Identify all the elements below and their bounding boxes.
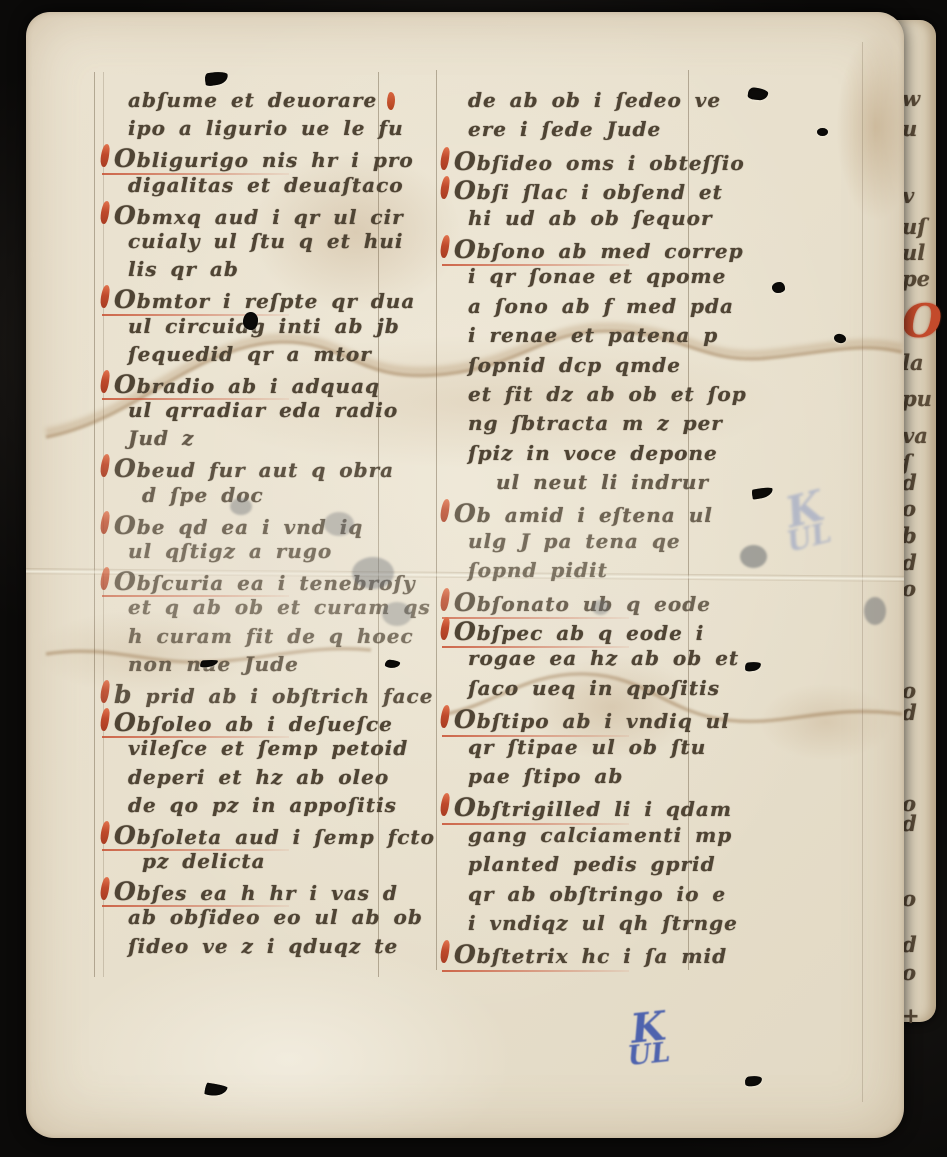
manuscript-text: ſpiz in voce depone	[454, 443, 766, 463]
edge-text-fragment: o	[902, 962, 916, 983]
text-line: qr ab obſtringo io e	[454, 884, 766, 913]
edge-text-fragment: va	[902, 425, 928, 446]
text-line: ipo a ligurio ue le fu	[114, 118, 426, 146]
manuscript-text: cuialy ul ſtu q et hui	[114, 231, 426, 251]
manuscript-text: pz delicta	[114, 851, 426, 871]
text-line: i vndiqz ul qh ſtrnge	[454, 913, 766, 942]
edge-text-fragment: d	[902, 702, 917, 723]
rubric-initial-stroke	[440, 940, 450, 964]
text-line: i qr ſonae et qpome	[454, 266, 766, 295]
text-column-left: abſume et deuorareipo a ligurio ue le fu…	[114, 90, 426, 964]
text-line: de qo pz in appoſitis	[114, 795, 426, 823]
manuscript-page: abſume et deuorareipo a ligurio ue le fu…	[26, 12, 904, 1138]
manuscript-text: Obſono ab med correp	[454, 237, 766, 262]
manuscript-text: b prid ab i obſtrich face	[114, 682, 426, 707]
text-line: vileſce et ſemp petoid	[114, 738, 426, 766]
rubric-initial-stroke	[440, 793, 450, 817]
manuscript-text: ab obſideo eo ul ab ob	[114, 907, 426, 927]
manuscript-text: Obſpec ab q eode i	[454, 619, 766, 644]
smudge	[740, 545, 767, 568]
edge-text-fragment: o	[902, 888, 916, 909]
manuscript-text: ulg J pa tena qe	[454, 531, 766, 551]
manuscript-text: h curam fit de q hoec	[114, 626, 426, 646]
manuscript-text: de qo pz in appoſitis	[114, 795, 426, 815]
text-line: Obmxq aud i qr ul cir	[114, 203, 426, 231]
manuscript-text: digalitas et deuaſtaco	[114, 175, 426, 195]
text-line: a ſono ab f med pda	[454, 296, 766, 325]
edge-text-fragment: o	[902, 680, 916, 701]
ruling-line	[94, 72, 95, 977]
ruling-line	[436, 70, 437, 970]
text-line: pae ſtipo ab	[454, 766, 766, 795]
manuscript-text: Obſideo oms i obteſſio	[454, 149, 766, 174]
edge-text-fragment: ul	[902, 242, 925, 263]
rubric-initial-stroke	[440, 617, 450, 641]
text-line: Obſonato ub q eode	[454, 590, 766, 619]
edge-text-fragment: d	[902, 472, 917, 493]
manuscript-text: i renae et patena p	[454, 325, 766, 345]
edge-text-fragment: O	[902, 298, 942, 344]
text-line: b prid ab i obſtrich face	[114, 682, 426, 710]
text-line: hi ud ab ob ſequor	[454, 208, 766, 237]
text-line: ſequedid qr a mtor	[114, 344, 426, 372]
text-line: gang calciamenti mp	[454, 825, 766, 854]
stamp-letters-ul: UL	[785, 521, 834, 554]
manuscript-text: Obe qd ea i vnd iq	[114, 513, 426, 538]
manuscript-text: ſequedid qr a mtor	[114, 344, 426, 364]
manuscript-text: qr ab obſtringo io e	[454, 884, 766, 904]
text-line: Obſono ab med correp	[454, 237, 766, 266]
text-line: ul qrradiar eda radio	[114, 400, 426, 428]
text-line: ſaco ueq in qpoſitis	[454, 678, 766, 707]
text-line: Obmtor i reſpte qr dua	[114, 287, 426, 315]
manuscript-text: abſume et deuorare	[114, 90, 426, 110]
smudge	[230, 498, 252, 515]
text-line: rogae ea hz ab ob et	[454, 648, 766, 677]
text-line: ab obſideo eo ul ab ob	[114, 907, 426, 935]
manuscript-text: de ab ob i ſedeo ve	[454, 90, 766, 110]
text-line: Obſoleta aud i ſemp fcto	[114, 823, 426, 851]
text-line: ulg J pa tena qe	[454, 531, 766, 560]
manuscript-text: Obeud fur aut q obra	[114, 456, 426, 481]
text-line: cuialy ul ſtu q et hui	[114, 231, 426, 259]
library-stamp-faint: K UL	[783, 489, 834, 553]
text-line: d ſpe doc	[114, 485, 426, 513]
smudge	[352, 557, 394, 589]
wormhole	[243, 312, 258, 330]
manuscript-text: ul qrradiar eda radio	[114, 400, 426, 420]
manuscript-text: ere i ſede Jude	[454, 119, 766, 139]
manuscript-text: Obſtrigilled li i qdam	[454, 795, 766, 820]
manuscript-text: rogae ea hz ab ob et	[454, 648, 766, 668]
manuscript-text: d ſpe doc	[114, 485, 426, 505]
edge-text-fragment: w	[902, 88, 920, 109]
smudge	[324, 512, 354, 536]
edge-text-fragment: b	[902, 525, 917, 546]
smudge	[382, 602, 412, 626]
text-line: i renae et patena p	[454, 325, 766, 354]
text-line: Obe qd ea i vnd iq	[114, 513, 426, 541]
rubric-end-mark	[387, 92, 395, 110]
manuscript-text: ſopnd pidit	[454, 560, 766, 580]
rubric-initial-stroke	[440, 235, 450, 259]
manuscript-text: i vndiqz ul qh ſtrnge	[454, 913, 766, 933]
text-line: Obligurigo nis hr i pro	[114, 146, 426, 174]
manuscript-text: gang calciamenti mp	[454, 825, 766, 845]
text-line: ſopnd pidit	[454, 560, 766, 589]
stamp-letters-ul: UL	[627, 1042, 672, 1068]
edge-text-fragment: u	[902, 118, 917, 139]
manuscript-text: vileſce et ſemp petoid	[114, 738, 426, 758]
rubric-initial-stroke	[440, 176, 450, 200]
text-line: et q ab ob et curam qs	[114, 597, 426, 625]
wormhole	[817, 128, 828, 136]
manuscript-text: ſopnid dcp qmde	[454, 355, 766, 375]
wormhole	[744, 1075, 762, 1087]
manuscript-text: Obſonato ub q eode	[454, 590, 766, 615]
text-line: Obſes ea h hr i vas d	[114, 879, 426, 907]
rubric-initial-stroke	[100, 285, 110, 309]
text-line: ſpiz in voce depone	[454, 443, 766, 472]
text-line: qr ſtipae ul ob ſtu	[454, 737, 766, 766]
text-line: Obſoleo ab i deſueſce	[114, 710, 426, 738]
smudge	[864, 597, 886, 625]
manuscript-text: ul neut li indrur	[454, 472, 766, 492]
rubric-initial-stroke	[440, 587, 450, 611]
text-line: ng ſbtracta m z per	[454, 413, 766, 442]
manuscript-text: deperi et hz ab oleo	[114, 767, 426, 787]
manuscript-text: Obradio ab i adquaq	[114, 372, 426, 397]
text-line: Obſpec ab q eode i	[454, 619, 766, 648]
rubric-initial-stroke	[100, 454, 110, 478]
text-line: Obſtrigilled li i qdam	[454, 795, 766, 824]
manuscript-text: Ob amid i eſtena ul	[454, 501, 766, 526]
text-line: h curam fit de q hoec	[114, 626, 426, 654]
edge-text-fragment: pu	[902, 388, 932, 409]
edge-text-fragment: o	[902, 498, 916, 519]
manuscript-text: ſaco ueq in qpoſitis	[454, 678, 766, 698]
wormhole	[772, 282, 785, 293]
manuscript-text: non nue Jude	[114, 654, 426, 674]
text-line: Jud z	[114, 428, 426, 456]
manuscript-text: Obſes ea h hr i vas d	[114, 879, 426, 904]
smudge	[592, 600, 609, 615]
manuscript-text: Obſtetrix hc i ſa mid	[454, 942, 766, 967]
manuscript-text: planted pedis gprid	[454, 854, 766, 874]
text-line: Obſtipo ab i vndiq ul	[454, 707, 766, 736]
text-line: Obſi ſlac i obſend et	[454, 178, 766, 207]
text-line: Obradio ab i adquaq	[114, 372, 426, 400]
manuscript-text: Obſi ſlac i obſend et	[454, 178, 766, 203]
edge-text-fragment: o	[902, 578, 916, 599]
manuscript-text: Obmtor i reſpte qr dua	[114, 287, 426, 312]
text-column-right: de ab ob i ſedeo veere i ſede JudeObſide…	[454, 90, 766, 972]
text-line: ere i ſede Jude	[454, 119, 766, 148]
text-line: digalitas et deuaſtaco	[114, 175, 426, 203]
manuscript-text: pae ſtipo ab	[454, 766, 766, 786]
rubric-initial-stroke	[100, 708, 110, 732]
edge-text-fragment: d	[902, 934, 917, 955]
text-line: ſopnid dcp qmde	[454, 355, 766, 384]
edge-text-fragment: +	[902, 1005, 920, 1026]
rubric-initial-stroke	[100, 510, 110, 534]
manuscript-text: Jud z	[114, 428, 426, 448]
wormhole	[204, 1083, 227, 1098]
ruling-line	[862, 42, 863, 1102]
manuscript-text: hi ud ab ob ſequor	[454, 208, 766, 228]
rubric-initial-stroke	[100, 680, 110, 704]
rubric-initial-stroke	[440, 499, 450, 523]
text-line: de ab ob i ſedeo ve	[454, 90, 766, 119]
text-line: ul neut li indrur	[454, 472, 766, 501]
text-line: abſume et deuorare	[114, 90, 426, 118]
edge-text-fragment: d	[902, 813, 917, 834]
text-line: ul circuidg inti ab jb	[114, 316, 426, 344]
manuscript-text: Obſtipo ab i vndiq ul	[454, 707, 766, 732]
manuscript-text: et fit dz ab ob et ſop	[454, 384, 766, 404]
wormhole	[833, 333, 847, 344]
manuscript-text: i qr ſonae et qpome	[454, 266, 766, 286]
manuscript-text: ng ſbtracta m z per	[454, 413, 766, 433]
text-line: Ob amid i eſtena ul	[454, 501, 766, 530]
manuscript-text: Obligurigo nis hr i pro	[114, 146, 426, 171]
edge-text-fragment: pe	[902, 268, 930, 289]
wormhole	[751, 486, 773, 499]
wormhole	[204, 70, 229, 86]
text-line: pz delicta	[114, 851, 426, 879]
library-stamp-kul: K UL	[629, 1010, 671, 1067]
text-line: planted pedis gprid	[454, 854, 766, 883]
edge-text-fragment: d	[902, 552, 917, 573]
manuscript-text: ul circuidg inti ab jb	[114, 316, 426, 336]
text-line: Obſideo oms i obteſſio	[454, 149, 766, 178]
manuscript-photo: wuvuſulpeOlapuvaſdobdoodododo+ abſume et	[0, 0, 947, 1157]
text-line: Obſtetrix hc i ſa mid	[454, 942, 766, 971]
manuscript-text: et q ab ob et curam qs	[114, 597, 426, 617]
rubric-initial-stroke	[100, 144, 110, 168]
edge-text-fragment: la	[902, 352, 924, 373]
manuscript-text: Obſoleta aud i ſemp fcto	[114, 823, 426, 848]
edge-text-fragment: uſ	[902, 216, 926, 237]
text-line: lis qr ab	[114, 259, 426, 287]
rubric-initial-stroke	[440, 705, 450, 729]
rubric-initial-stroke	[100, 200, 110, 224]
manuscript-text: lis qr ab	[114, 259, 426, 279]
rubric-initial-stroke	[100, 370, 110, 394]
text-line: ſideo ve z i qduqz te	[114, 936, 426, 964]
manuscript-text: ſideo ve z i qduqz te	[114, 936, 426, 956]
manuscript-text: a ſono ab f med pda	[454, 296, 766, 316]
rubric-initial-stroke	[100, 821, 110, 845]
manuscript-text: ipo a ligurio ue le fu	[114, 118, 426, 138]
rubric-initial-stroke	[440, 146, 450, 170]
manuscript-text: Obmxq aud i qr ul cir	[114, 203, 426, 228]
manuscript-text: qr ſtipae ul ob ſtu	[454, 737, 766, 757]
text-line: et fit dz ab ob et ſop	[454, 384, 766, 413]
rubric-initial-stroke	[100, 877, 110, 901]
text-line: non nue Jude	[114, 654, 426, 682]
manuscript-text: Obſoleo ab i deſueſce	[114, 710, 426, 735]
text-line: deperi et hz ab oleo	[114, 767, 426, 795]
text-line: Obeud fur aut q obra	[114, 456, 426, 484]
